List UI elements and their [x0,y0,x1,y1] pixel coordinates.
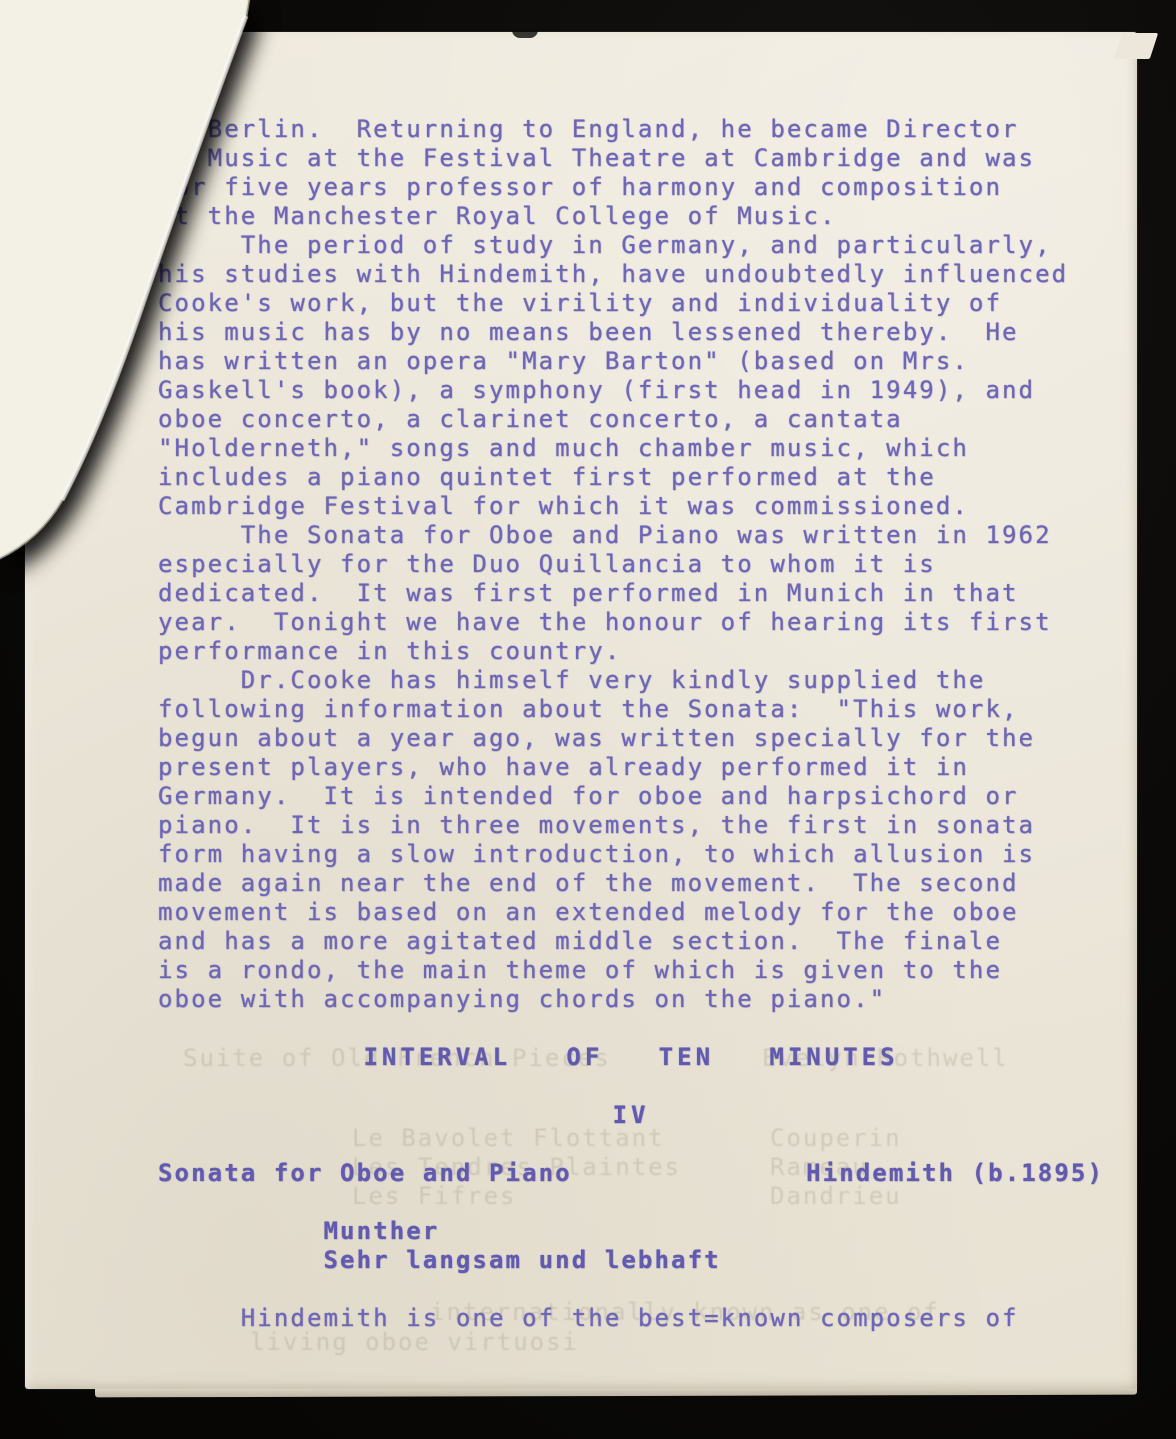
page-top-notch [512,30,538,38]
typed-line [158,1072,1104,1101]
typed-line [158,1188,1104,1217]
typed-line: Sonata for Oboe and PianoHindemith (b.18… [158,1159,1104,1188]
typed-line: IV [158,1101,1104,1130]
typed-line: made again near the end of the movement.… [158,869,1104,898]
typed-line: piano. It is in three movements, the fir… [158,811,1104,840]
typed-line: and has a more agitated middle section. … [158,927,1104,956]
typed-line: following information about the Sonata: … [158,695,1104,724]
typed-line: Dr.Cooke has himself very kindly supplie… [158,666,1104,695]
typed-line [158,1275,1104,1304]
typed-line [158,1014,1104,1043]
typed-line: oboe with accompanying chords on the pia… [158,985,1104,1014]
typed-line: begun about a year ago, was written spec… [158,724,1104,753]
typed-line: Hindemith is one of the best=known compo… [158,1304,1104,1333]
composer-credit: Hindemith (b.1895) [806,1159,1104,1188]
typed-line: movement is based on an extended melody … [158,898,1104,927]
typed-line: form having a slow introduction, to whic… [158,840,1104,869]
typed-line: INTERVAL OF TEN MINUTES [158,1043,1104,1072]
typed-line: Sehr langsam und lebhaft [158,1246,1104,1275]
typed-line: Germany. It is intended for oboe and har… [158,782,1104,811]
work-title: Sonata for Oboe and Piano [158,1159,572,1188]
typed-line: Munther [158,1217,1104,1246]
curled-page-corner [0,0,330,640]
typed-line: is a rondo, the main theme of which is g… [158,956,1104,985]
photographed-programme-page: Suite of Old French PiecesEvelyn Rothwel… [0,0,1176,1439]
typed-line: performance in this country. [158,637,1104,666]
page-edge-sliver [1114,33,1158,59]
typed-line: present players, who have already perfor… [158,753,1104,782]
typed-line [158,1130,1104,1159]
